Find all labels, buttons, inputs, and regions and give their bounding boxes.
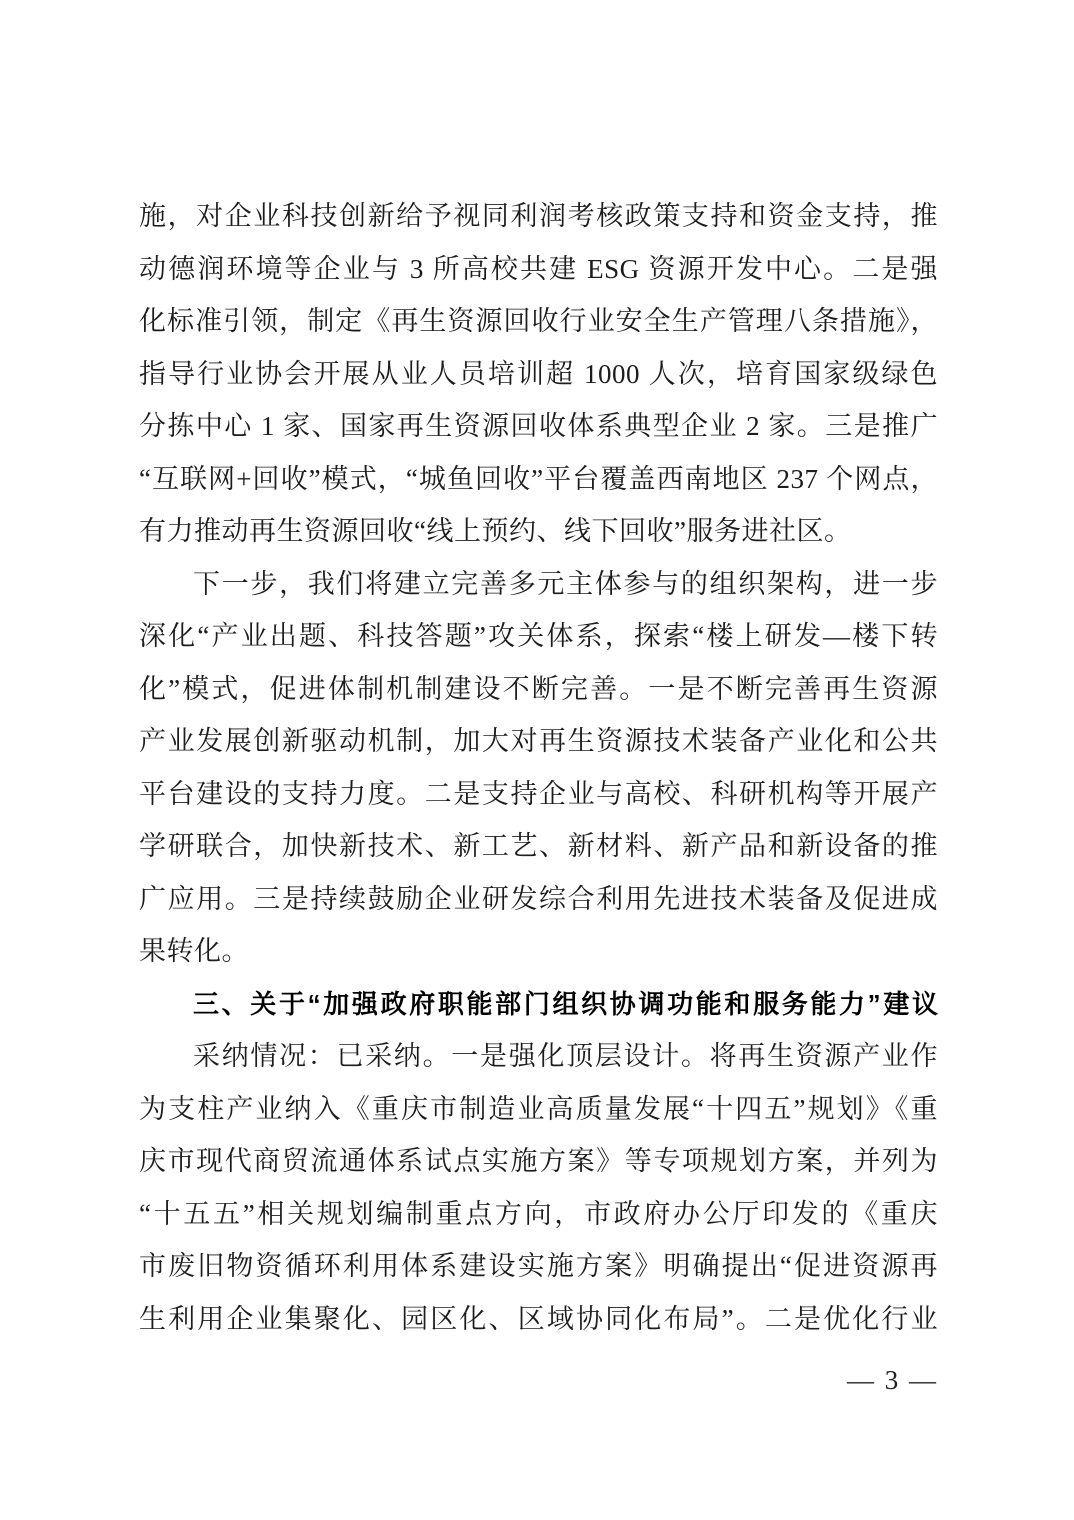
- body-line: “十五五”相关规划编制重点方向，市政府办公厅印发的《重庆: [139, 1188, 938, 1241]
- body-line: 市废旧物资循环利用体系建设实施方案》明确提出“促进资源再: [139, 1240, 938, 1293]
- body-line: “互联网+回收”模式，“城鱼回收”平台覆盖西南地区 237 个网点，: [139, 453, 938, 506]
- body-line: 庆市现代商贸流通体系试点实施方案》等专项规划方案，并列为: [139, 1135, 938, 1188]
- document-body: 施，对企业科技创新给予视同利润考核政策支持和资金支持，推 动德润环境等企业与 3…: [139, 190, 938, 1345]
- body-line: 深化“产业出题、科技答题”攻关体系，探索“楼上研发—楼下转: [139, 610, 938, 663]
- body-line: 分拣中心 1 家、国家再生资源回收体系典型企业 2 家。三是推广: [139, 400, 938, 453]
- body-line: 学研联合，加快新技术、新工艺、新材料、新产品和新设备的推: [139, 820, 938, 873]
- body-line: 平台建设的支持力度。二是支持企业与高校、科研机构等开展产: [139, 768, 938, 821]
- page-number: — 3 —: [847, 1360, 938, 1400]
- body-line: 施，对企业科技创新给予视同利润考核政策支持和资金支持，推: [139, 190, 938, 243]
- body-line: 化”模式，促进体制机制建设不断完善。一是不断完善再生资源: [139, 663, 938, 716]
- body-line: 果转化。: [139, 925, 938, 978]
- body-line: 生利用企业集聚化、园区化、区域协同化布局”。二是优化行业: [139, 1293, 938, 1346]
- body-line: 产业发展创新驱动机制，加大对再生资源技术装备产业化和公共: [139, 715, 938, 768]
- body-line: 为支柱产业纳入《重庆市制造业高质量发展“十四五”规划》《重: [139, 1083, 938, 1136]
- body-line: 动德润环境等企业与 3 所高校共建 ESG 资源开发中心。二是强: [139, 243, 938, 296]
- body-line: 下一步，我们将建立完善多元主体参与的组织架构，进一步: [139, 558, 938, 611]
- document-page: 施，对企业科技创新给予视同利润考核政策支持和资金支持，推 动德润环境等企业与 3…: [0, 0, 1074, 1520]
- section-heading: 三、关于“加强政府职能部门组织协调功能和服务能力”建议: [139, 978, 938, 1031]
- body-line: 广应用。三是持续鼓励企业研发综合利用先进技术装备及促进成: [139, 873, 938, 926]
- body-line: 采纳情况：已采纳。一是强化顶层设计。将再生资源产业作: [139, 1030, 938, 1083]
- body-line: 化标准引领，制定《再生资源回收行业安全生产管理八条措施》，: [139, 295, 938, 348]
- body-line: 指导行业协会开展从业人员培训超 1000 人次，培育国家级绿色: [139, 348, 938, 401]
- body-line: 有力推动再生资源回收“线上预约、线下回收”服务进社区。: [139, 505, 938, 558]
